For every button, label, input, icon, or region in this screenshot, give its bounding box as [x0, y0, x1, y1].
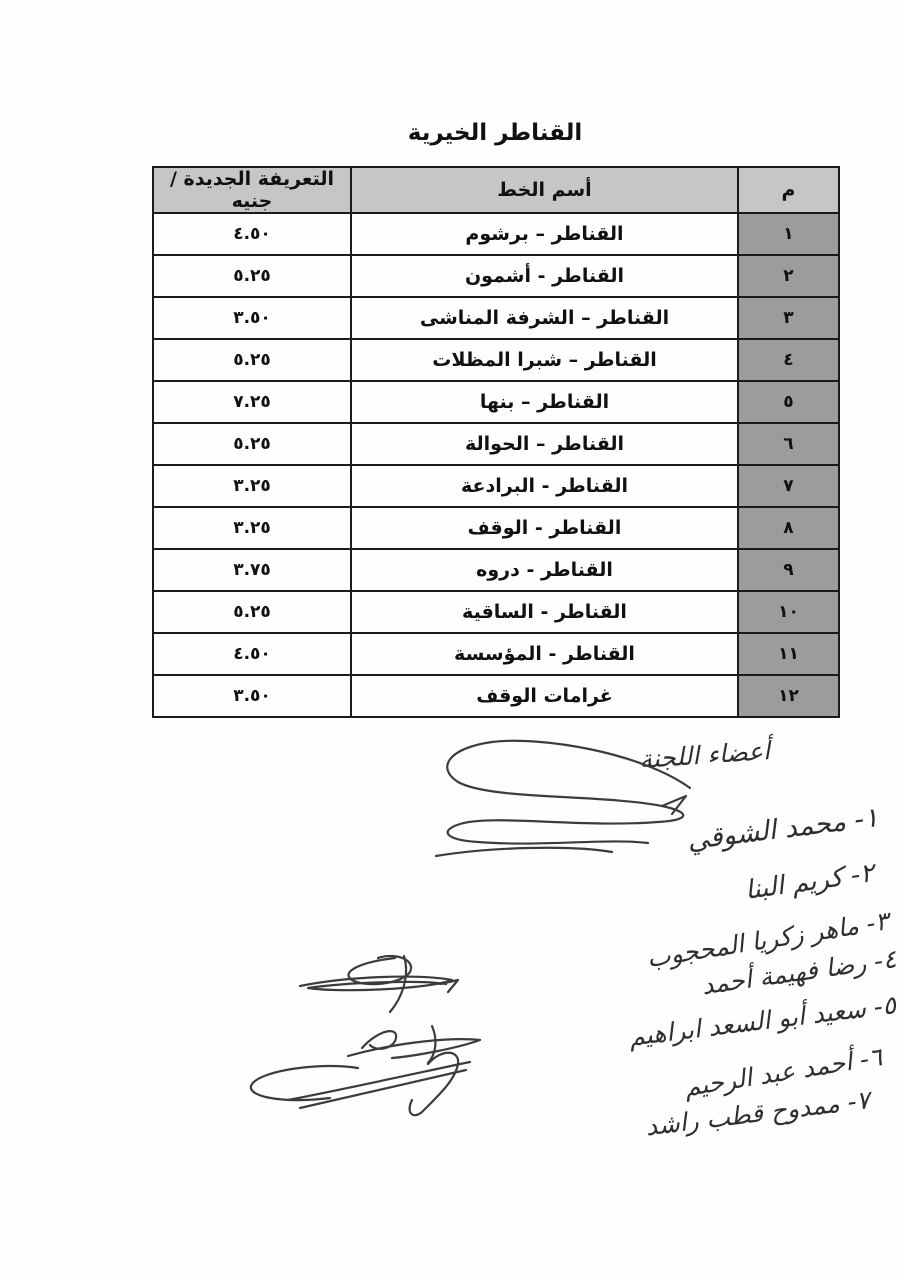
row-tariff: ٥.٢٥ — [153, 339, 351, 381]
row-line-name: القناطر - أشمون — [351, 255, 738, 297]
row-serial: ٤ — [738, 339, 839, 381]
table-row: ٩ القناطر - دروه ٣.٧٥ — [153, 549, 839, 591]
row-tariff: ٥.٢٥ — [153, 255, 351, 297]
row-serial: ١٢ — [738, 675, 839, 717]
signature-scribble — [410, 1053, 459, 1115]
committee-member-handwritten: ١- محمد الشوقي — [685, 802, 880, 856]
signature-flourish-arrow — [662, 796, 686, 814]
row-serial: ٢ — [738, 255, 839, 297]
row-line-name: القناطر – شبرا المظلات — [351, 339, 738, 381]
table-row: ٦ القناطر – الحوالة ٥.٢٥ — [153, 423, 839, 465]
table-row: ١١ القناطر - المؤسسة ٤.٥٠ — [153, 633, 839, 675]
signature-scribble — [300, 1070, 466, 1108]
row-tariff: ٥.٢٥ — [153, 591, 351, 633]
signature-flourish-large — [436, 848, 612, 856]
header-tariff: التعريفة الجديدة / جنيه — [153, 167, 351, 213]
signature-scribble — [348, 1039, 480, 1058]
scanned-document-page: القناطر الخيرية م أسم الخط التعريفة الجد… — [0, 0, 904, 1280]
signature-scribble — [440, 980, 458, 992]
row-tariff: ٣.٥٠ — [153, 297, 351, 339]
row-line-name: القناطر - دروه — [351, 549, 738, 591]
header-serial: م — [738, 167, 839, 213]
row-serial: ٣ — [738, 297, 839, 339]
committee-heading-handwritten: أعضاء اللجنة — [639, 736, 772, 774]
committee-member-handwritten: ٢- كريم البنا — [743, 858, 876, 906]
signature-scribble — [349, 956, 412, 984]
signature-scribble — [428, 1026, 435, 1063]
table-row: ٣ القناطر – الشرفة المناشى ٣.٥٠ — [153, 297, 839, 339]
row-serial: ٧ — [738, 465, 839, 507]
document-title: القناطر الخيرية — [152, 120, 838, 146]
row-serial: ٥ — [738, 381, 839, 423]
row-tariff: ٤.٥٠ — [153, 213, 351, 255]
row-line-name: القناطر - البرادعة — [351, 465, 738, 507]
row-line-name: القناطر – برشوم — [351, 213, 738, 255]
table-row: ١ القناطر – برشوم ٤.٥٠ — [153, 213, 839, 255]
row-tariff: ٣.٢٥ — [153, 507, 351, 549]
row-tariff: ٤.٥٠ — [153, 633, 351, 675]
header-line-name: أسم الخط — [351, 167, 738, 213]
committee-member-handwritten: ٥- سعيد أبو السعد ابراهيم — [627, 990, 897, 1052]
table-row: ٥ القناطر – بنها ٧.٢٥ — [153, 381, 839, 423]
row-line-name: القناطر – الحوالة — [351, 423, 738, 465]
table-row: ٧ القناطر - البرادعة ٣.٢٥ — [153, 465, 839, 507]
table-row: ٢ القناطر - أشمون ٥.٢٥ — [153, 255, 839, 297]
row-line-name: غرامات الوقف — [351, 675, 738, 717]
table-row: ٤ القناطر – شبرا المظلات ٥.٢٥ — [153, 339, 839, 381]
table-row: ٨ القناطر - الوقف ٣.٢٥ — [153, 507, 839, 549]
signature-scribble — [288, 1062, 470, 1100]
row-line-name: القناطر – بنها — [351, 381, 738, 423]
row-serial: ٩ — [738, 549, 839, 591]
row-line-name: القناطر - المؤسسة — [351, 633, 738, 675]
row-tariff: ٧.٢٥ — [153, 381, 351, 423]
row-serial: ١ — [738, 213, 839, 255]
row-serial: ١٠ — [738, 591, 839, 633]
signature-scribble — [300, 977, 452, 991]
row-line-name: القناطر – الشرفة المناشى — [351, 297, 738, 339]
signature-scribble — [251, 1066, 358, 1100]
row-serial: ٨ — [738, 507, 839, 549]
tariff-table: م أسم الخط التعريفة الجديدة / جنيه ١ الق… — [152, 166, 840, 718]
signature-scribble — [362, 1031, 396, 1049]
row-tariff: ٥.٢٥ — [153, 423, 351, 465]
row-tariff: ٣.٥٠ — [153, 675, 351, 717]
signature-scribble — [390, 956, 406, 1012]
table-row: ١٠ القناطر - الساقية ٥.٢٥ — [153, 591, 839, 633]
committee-member-handwritten: ٧- ممدوح قطب راشد — [644, 1085, 871, 1141]
row-line-name: القناطر - الساقية — [351, 591, 738, 633]
table-header-row: م أسم الخط التعريفة الجديدة / جنيه — [153, 167, 839, 213]
row-line-name: القناطر - الوقف — [351, 507, 738, 549]
row-tariff: ٣.٢٥ — [153, 465, 351, 507]
row-tariff: ٣.٧٥ — [153, 549, 351, 591]
row-serial: ٦ — [738, 423, 839, 465]
row-serial: ١١ — [738, 633, 839, 675]
table-row: ١٢ غرامات الوقف ٣.٥٠ — [153, 675, 839, 717]
